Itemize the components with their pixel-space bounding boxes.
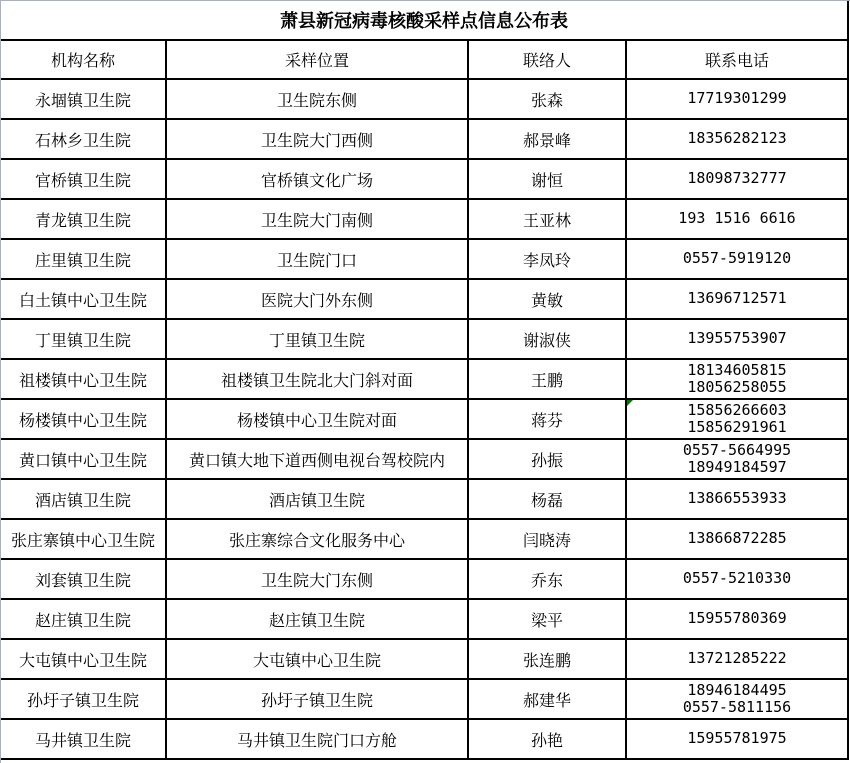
cell-contact: 谢恒 [468, 159, 626, 199]
cell-location: 张庄寨综合文化服务中心 [166, 519, 468, 559]
cell-phone: 0557-566499518949184597 [626, 439, 848, 479]
table-row: 赵庄镇卫生院赵庄镇卫生院梁平15955780369 [1, 599, 848, 639]
table-row: 永堌镇卫生院卫生院东侧张森17719301299 [1, 79, 848, 119]
cell-location: 黄口镇大地下道西侧电视台驾校院内 [166, 439, 468, 479]
cell-contact: 王鹏 [468, 359, 626, 399]
cell-contact: 闫晓涛 [468, 519, 626, 559]
cell-contact: 黄敏 [468, 279, 626, 319]
table-row: 官桥镇卫生院官桥镇文化广场谢恒18098732777 [1, 159, 848, 199]
cell-phone: 17719301299 [626, 79, 848, 119]
cell-organization: 白土镇中心卫生院 [1, 279, 166, 319]
table-row: 大屯镇中心卫生院大屯镇中心卫生院张连鹏13721285222 [1, 639, 848, 679]
table-row: 白土镇中心卫生院医院大门外东侧黄敏13696712571 [1, 279, 848, 319]
phone-number: 13866872285 [629, 530, 845, 547]
cell-phone: 13721285222 [626, 639, 848, 679]
phone-number: 15955781975 [629, 730, 845, 747]
phone-number: 18949184597 [629, 459, 845, 476]
table-title: 萧县新冠病毒核酸采样点信息公布表 [1, 1, 848, 40]
cell-phone: 15955780369 [626, 599, 848, 639]
phone-number: 0557-5919120 [629, 250, 845, 267]
header-row: 机构名称采样位置联络人联系电话 [1, 40, 848, 79]
phone-number: 0557-5811156 [629, 699, 845, 716]
cell-contact: 王亚林 [468, 199, 626, 239]
cell-contact: 孙艳 [468, 719, 626, 759]
cell-contact: 杨磊 [468, 479, 626, 519]
cell-phone: 13866872285 [626, 519, 848, 559]
table-row: 杨楼镇中心卫生院杨楼镇中心卫生院对面蒋芬15856266603158562919… [1, 399, 848, 439]
cell-location: 卫生院门口 [166, 239, 468, 279]
cell-organization: 丁里镇卫生院 [1, 319, 166, 359]
cell-organization: 刘套镇卫生院 [1, 559, 166, 599]
column-header-organization: 机构名称 [1, 40, 166, 79]
cell-contact: 乔东 [468, 559, 626, 599]
cell-phone: 13866553933 [626, 479, 848, 519]
phone-number: 0557-5210330 [629, 570, 845, 587]
phone-number: 15955780369 [629, 610, 845, 627]
phone-number: 13696712571 [629, 290, 845, 307]
cell-contact: 张连鹏 [468, 639, 626, 679]
table-row: 黄口镇中心卫生院黄口镇大地下道西侧电视台驾校院内孙振0557-566499518… [1, 439, 848, 479]
phone-number: 15856266603 [629, 402, 845, 419]
cell-phone: 18098732777 [626, 159, 848, 199]
phone-number: 17719301299 [629, 90, 845, 107]
cell-location: 祖楼镇卫生院北大门斜对面 [166, 359, 468, 399]
cell-phone: 13696712571 [626, 279, 848, 319]
cell-phone: 15955781975 [626, 719, 848, 759]
cell-organization: 黄口镇中心卫生院 [1, 439, 166, 479]
cell-contact: 梁平 [468, 599, 626, 639]
cell-location: 卫生院大门南侧 [166, 199, 468, 239]
table-row: 刘套镇卫生院卫生院大门东侧乔东0557-5210330 [1, 559, 848, 599]
cell-phone: 189461844950557-5811156 [626, 679, 848, 719]
cell-phone: 18356282123 [626, 119, 848, 159]
cell-contact: 蒋芬 [468, 399, 626, 439]
table-row: 丁里镇卫生院丁里镇卫生院谢淑侠13955753907 [1, 319, 848, 359]
phone-number: 18098732777 [629, 170, 845, 187]
phone-number: 13721285222 [629, 650, 845, 667]
cell-contact: 李凤玲 [468, 239, 626, 279]
cell-contact: 孙振 [468, 439, 626, 479]
cell-location: 杨楼镇中心卫生院对面 [166, 399, 468, 439]
cell-organization: 祖楼镇中心卫生院 [1, 359, 166, 399]
cell-organization: 张庄寨镇中心卫生院 [1, 519, 166, 559]
phone-number: 13955753907 [629, 330, 845, 347]
phone-number: 0557-5664995 [629, 442, 845, 459]
cell-location: 卫生院东侧 [166, 79, 468, 119]
phone-number: 193 1516 6616 [629, 210, 845, 227]
cell-location: 酒店镇卫生院 [166, 479, 468, 519]
cell-organization: 赵庄镇卫生院 [1, 599, 166, 639]
cell-organization: 庄里镇卫生院 [1, 239, 166, 279]
cell-location: 丁里镇卫生院 [166, 319, 468, 359]
cell-contact: 谢淑侠 [468, 319, 626, 359]
table-row: 石林乡卫生院卫生院大门西侧郝景峰18356282123 [1, 119, 848, 159]
cell-phone: 193 1516 6616 [626, 199, 848, 239]
cell-organization: 大屯镇中心卫生院 [1, 639, 166, 679]
table-row: 祖楼镇中心卫生院祖楼镇卫生院北大门斜对面王鹏181346058151805625… [1, 359, 848, 399]
cell-organization: 杨楼镇中心卫生院 [1, 399, 166, 439]
phone-number: 18356282123 [629, 130, 845, 147]
table-row: 酒店镇卫生院酒店镇卫生院杨磊13866553933 [1, 479, 848, 519]
cell-organization: 官桥镇卫生院 [1, 159, 166, 199]
cell-organization: 石林乡卫生院 [1, 119, 166, 159]
table-row: 孙圩子镇卫生院孙圩子镇卫生院郝建华189461844950557-5811156 [1, 679, 848, 719]
cell-phone: 1813460581518056258055 [626, 359, 848, 399]
column-header-contact: 联络人 [468, 40, 626, 79]
phone-number: 15856291961 [629, 419, 845, 436]
cell-phone: 13955753907 [626, 319, 848, 359]
phone-number: 18056258055 [629, 379, 845, 396]
title-row: 萧县新冠病毒核酸采样点信息公布表 [1, 1, 848, 40]
table-row: 庄里镇卫生院卫生院门口李凤玲0557-5919120 [1, 239, 848, 279]
cell-organization: 酒店镇卫生院 [1, 479, 166, 519]
table-row: 张庄寨镇中心卫生院张庄寨综合文化服务中心闫晓涛13866872285 [1, 519, 848, 559]
cell-location: 卫生院大门东侧 [166, 559, 468, 599]
sampling-points-table: 萧县新冠病毒核酸采样点信息公布表 机构名称采样位置联络人联系电话 永堌镇卫生院卫… [1, 1, 849, 760]
cell-organization: 孙圩子镇卫生院 [1, 679, 166, 719]
cell-phone: 1585626660315856291961 [626, 399, 848, 439]
column-header-location: 采样位置 [166, 40, 468, 79]
cell-location: 孙圩子镇卫生院 [166, 679, 468, 719]
cell-organization: 青龙镇卫生院 [1, 199, 166, 239]
cell-contact: 张森 [468, 79, 626, 119]
cell-location: 赵庄镇卫生院 [166, 599, 468, 639]
cell-location: 大屯镇中心卫生院 [166, 639, 468, 679]
column-header-phone: 联系电话 [626, 40, 848, 79]
phone-number: 13866553933 [629, 490, 845, 507]
table-row: 青龙镇卫生院卫生院大门南侧王亚林193 1516 6616 [1, 199, 848, 239]
cell-location: 官桥镇文化广场 [166, 159, 468, 199]
cell-contact: 郝建华 [468, 679, 626, 719]
phone-number: 18946184495 [629, 682, 845, 699]
cell-contact: 郝景峰 [468, 119, 626, 159]
cell-phone: 0557-5210330 [626, 559, 848, 599]
cell-location: 马井镇卫生院门口方舱 [166, 719, 468, 759]
phone-number: 18134605815 [629, 362, 845, 379]
cell-phone: 0557-5919120 [626, 239, 848, 279]
cell-location: 卫生院大门西侧 [166, 119, 468, 159]
table-row: 马井镇卫生院马井镇卫生院门口方舱孙艳15955781975 [1, 719, 848, 759]
cell-organization: 永堌镇卫生院 [1, 79, 166, 119]
cell-location: 医院大门外东侧 [166, 279, 468, 319]
cell-organization: 马井镇卫生院 [1, 719, 166, 759]
